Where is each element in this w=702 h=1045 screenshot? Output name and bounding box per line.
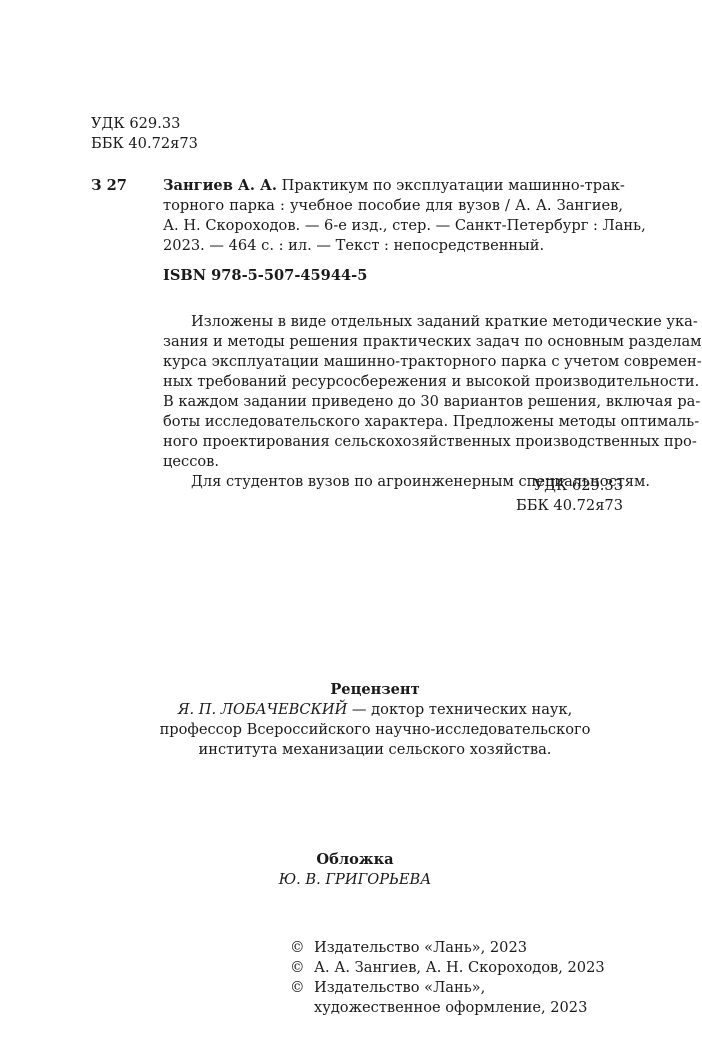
- isbn: ISBN 978-5-507-45944-5: [163, 266, 367, 286]
- copyright-entry: © А. А. Зангиев, А. Н. Скороходов, 2023: [290, 958, 605, 978]
- copyright-icon: ©: [290, 938, 314, 958]
- bbk-code: ББК 40.72я73: [163, 496, 623, 516]
- reviewer-line-1: Я. П. ЛОБАЧЕВСКИЙ — доктор технических н…: [150, 700, 600, 720]
- reviewer-block: Рецензент Я. П. ЛОБАЧЕВСКИЙ — доктор тех…: [150, 680, 600, 760]
- cover-artist: Ю. В. ГРИГОРЬЕВА: [200, 870, 510, 890]
- biblio-line-4: 2023. — 464 с. : ил. — Текст : непосредс…: [163, 236, 623, 256]
- copyright-continuation: художественное оформление, 2023: [290, 998, 605, 1018]
- udk-code: УДК 629.33: [91, 114, 198, 134]
- copyright-icon: ©: [290, 978, 314, 998]
- abstract-line: курса эксплуатации машинно-тракторного п…: [163, 352, 623, 372]
- cover-heading: Обложка: [200, 850, 510, 870]
- reviewer-line-2: профессор Всероссийского научно-исследов…: [150, 720, 600, 740]
- copyright-entry: © Издательство «Лань»,: [290, 978, 605, 998]
- abstract-line: Изложены в виде отдельных заданий кратки…: [163, 312, 623, 332]
- copyright-icon: ©: [290, 958, 314, 978]
- abstract-line: В каждом задании приведено до 30 вариант…: [163, 392, 623, 412]
- author-name: Зангиев А. А.: [163, 177, 277, 194]
- udk-code: УДК 629.33: [163, 476, 623, 496]
- biblio-line-3: А. Н. Скороходов. — 6-е изд., стер. — Са…: [163, 216, 623, 236]
- author-mark: З 27: [91, 176, 127, 196]
- abstract: Изложены в виде отдельных заданий кратки…: [163, 312, 623, 492]
- reviewer-heading: Рецензент: [150, 680, 600, 700]
- classification-codes-bottom: УДК 629.33 ББК 40.72я73: [163, 476, 623, 516]
- biblio-line-1: Зангиев А. А. Практикум по эксплуатации …: [163, 176, 623, 196]
- classification-codes-top: УДК 629.33 ББК 40.72я73: [91, 114, 198, 154]
- abstract-line: цессов.: [163, 452, 623, 472]
- reviewer-line-3: института механизации сельского хозяйств…: [150, 740, 600, 760]
- cover-credit: Обложка Ю. В. ГРИГОРЬЕВА: [200, 850, 510, 890]
- abstract-line: ного проектирования сельскохозяйственных…: [163, 432, 623, 452]
- biblio-line-2: торного парка : учебное пособие для вузо…: [163, 196, 623, 216]
- bibliographic-record: Зангиев А. А. Практикум по эксплуатации …: [163, 176, 623, 256]
- copyright-block: © Издательство «Лань», 2023 © А. А. Занг…: [290, 938, 605, 1018]
- abstract-line: ных требований ресурсосбережения и высок…: [163, 372, 623, 392]
- reviewer-name: Я. П. ЛОБАЧЕВСКИЙ: [178, 701, 348, 718]
- abstract-line: боты исследовательского характера. Предл…: [163, 412, 623, 432]
- bbk-code: ББК 40.72я73: [91, 134, 198, 154]
- copyright-entry: © Издательство «Лань», 2023: [290, 938, 605, 958]
- abstract-line: зания и методы решения практических зада…: [163, 332, 623, 352]
